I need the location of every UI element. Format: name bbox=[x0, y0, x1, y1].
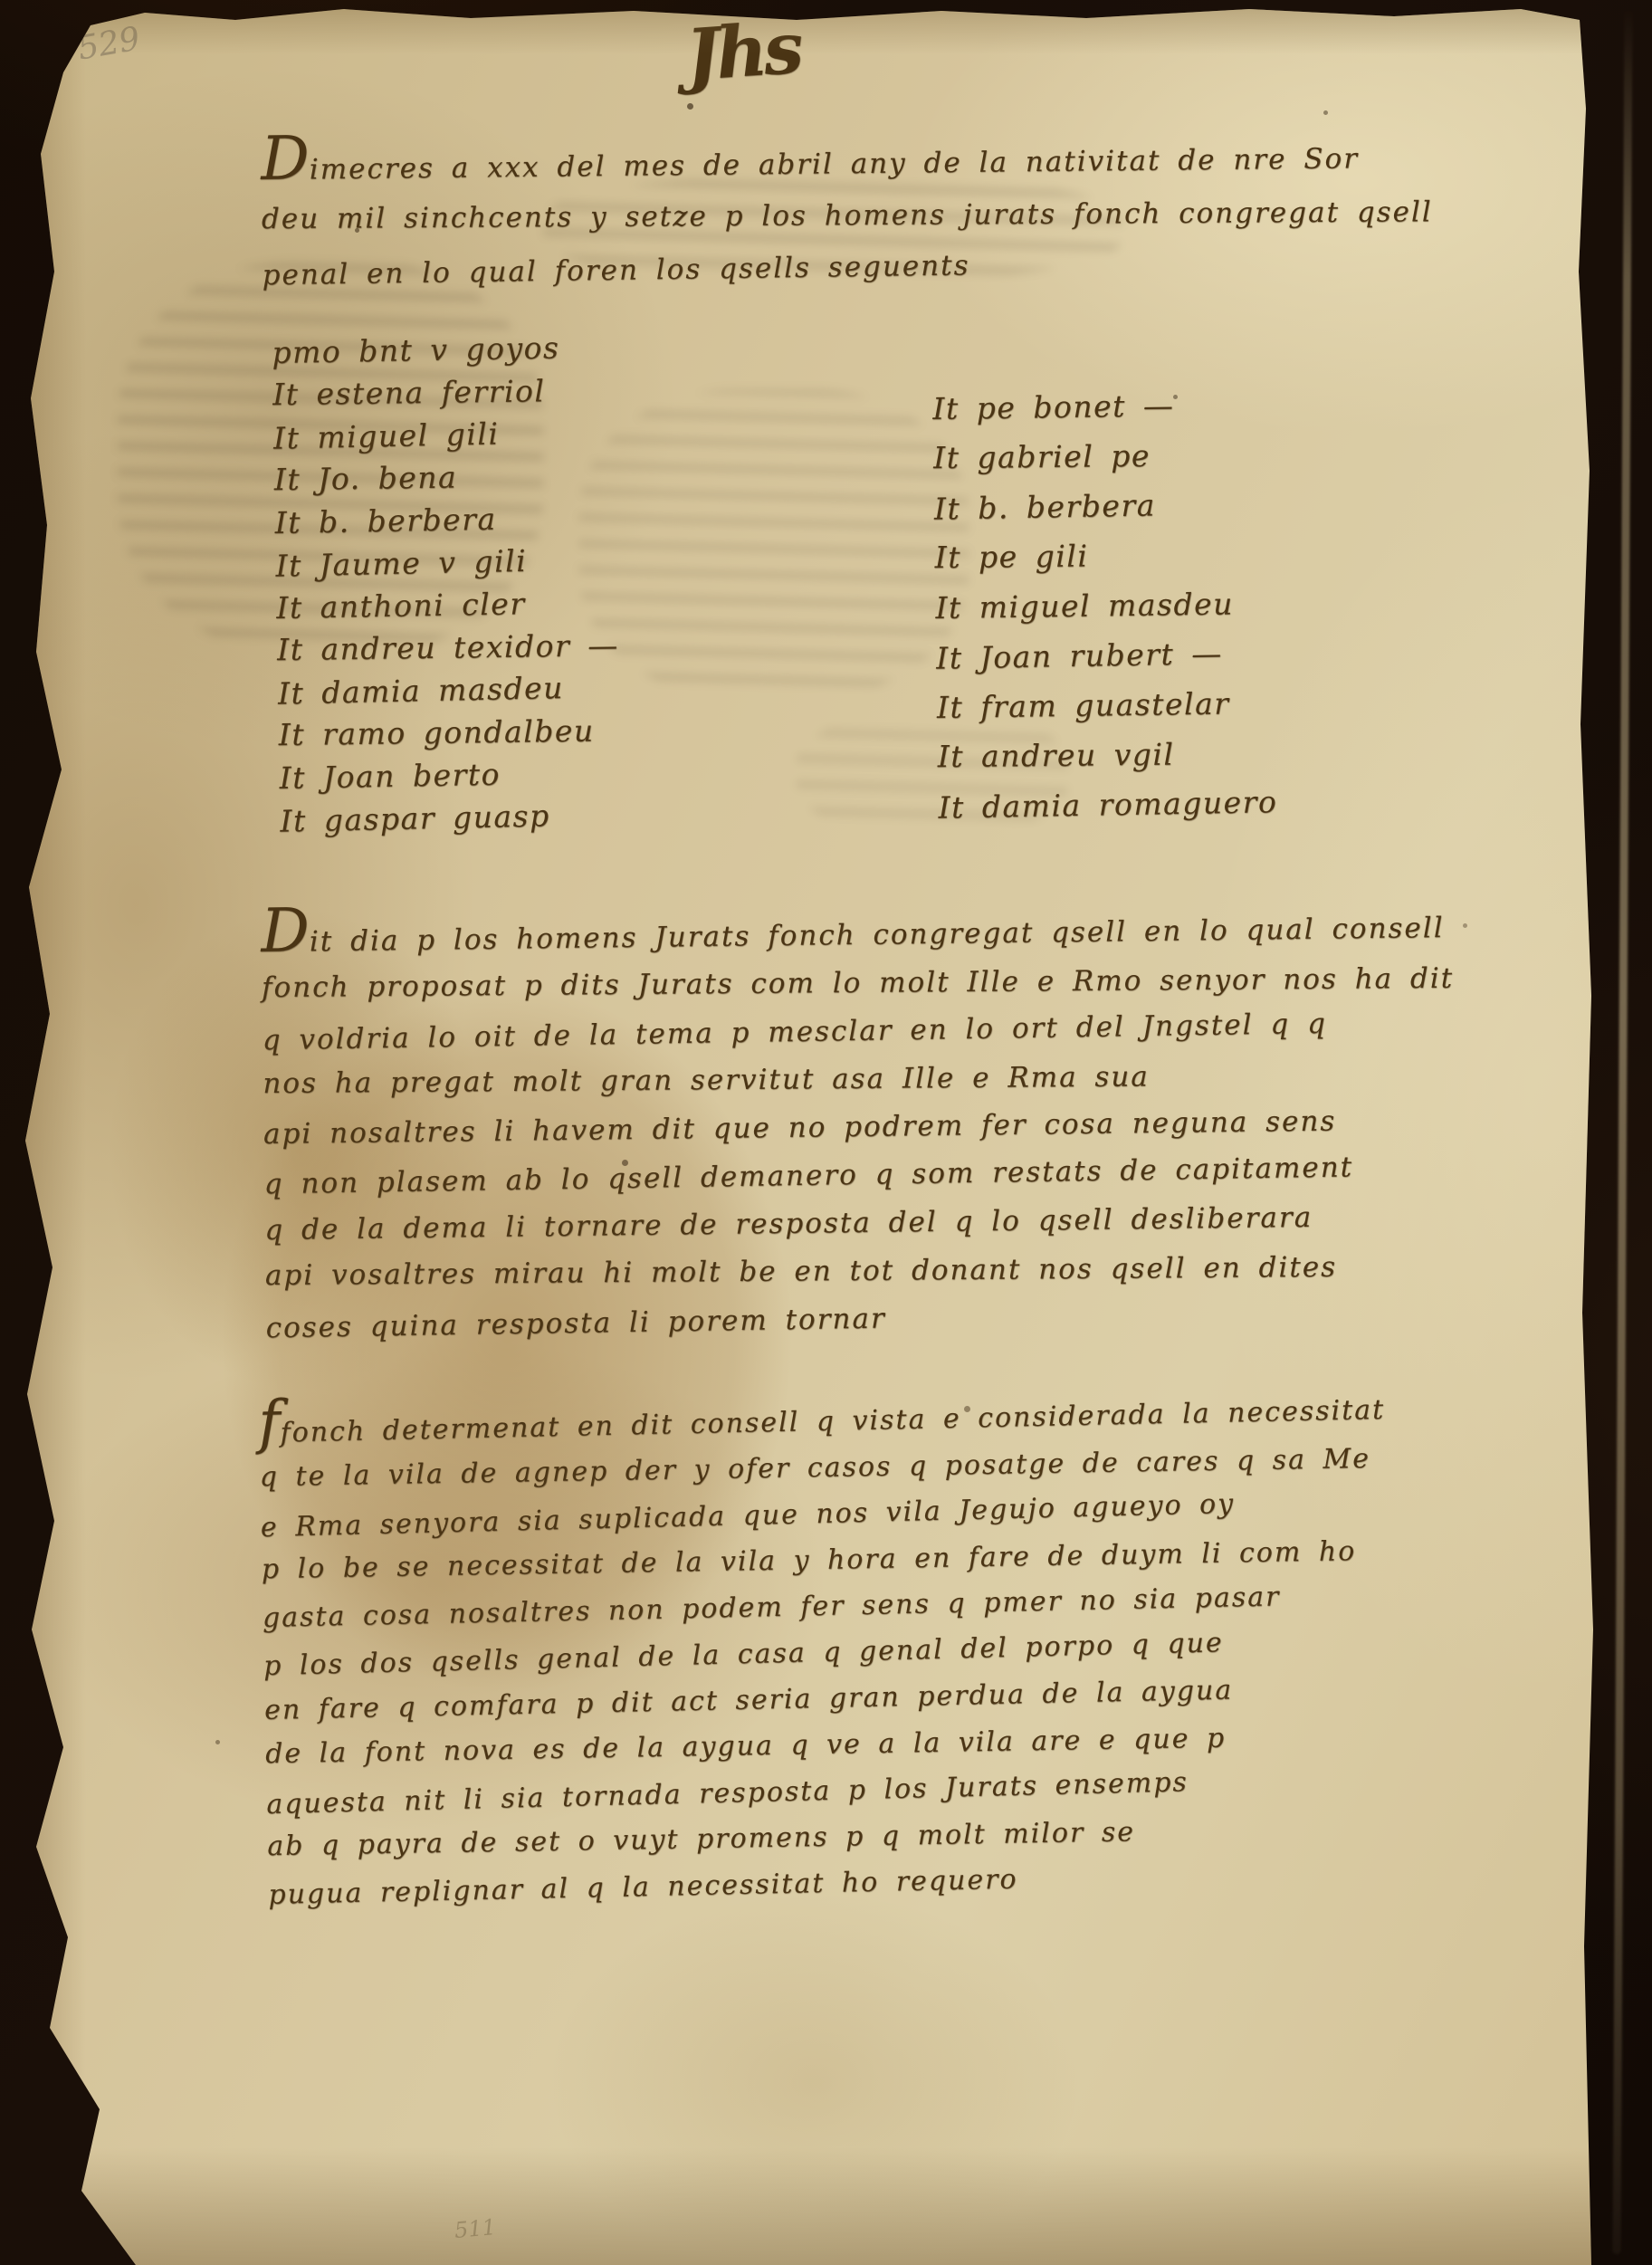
manuscript-line: pugua replignar al q la necessitat ho re… bbox=[268, 1849, 1395, 1918]
verso-show-through bbox=[579, 389, 969, 697]
attendee-item: It gaspar guasp bbox=[280, 793, 623, 843]
attendee-item: It gabriel pe bbox=[933, 430, 1273, 483]
jhs-monogram: Jhs bbox=[683, 7, 803, 98]
attendee-item: It Joan rubert — bbox=[936, 627, 1276, 683]
attendee-item: It miguel gili bbox=[273, 410, 616, 460]
attendee-item: It miguel masdeu bbox=[935, 578, 1275, 633]
manuscript-line: en fare q comfara p dit act seria gran p… bbox=[264, 1664, 1391, 1734]
manuscript-line: p lo be se necessitat de la vila y hora … bbox=[261, 1528, 1388, 1593]
manuscript-line: ab q payra de set o vuyt promens p q mol… bbox=[267, 1805, 1394, 1870]
manuscript-line: q voldria lo oit de la tema p mesclar en… bbox=[262, 999, 1455, 1066]
attendee-item: It ramo gondalbeu bbox=[278, 709, 620, 756]
attendee-item: It anthoni cler bbox=[276, 580, 618, 629]
heading-paragraph: Dimecres a xxx del mes de abril any de l… bbox=[261, 123, 1434, 300]
manuscript-scan: 529 Jhs Dimecres a xxx del mes de abril … bbox=[0, 0, 1652, 2265]
manuscript-line: fonch proposat p dits Jurats com lo molt… bbox=[262, 955, 1455, 1012]
resolution-paragraph: ffonch determenat en dit consell q vista… bbox=[258, 1378, 1395, 1918]
council-paragraph: Dit dia p los homens Jurats fonch congre… bbox=[261, 894, 1458, 1351]
attendee-item: It b. berbera bbox=[274, 495, 616, 544]
manuscript-line: nos ha pregat molt gran servitut asa Ill… bbox=[263, 1051, 1456, 1108]
folio-number: 529 bbox=[75, 20, 143, 67]
attendee-item: pmo bnt v goyos bbox=[272, 325, 614, 374]
verso-show-through bbox=[797, 715, 1068, 833]
manuscript-line: coses quina resposta li porem tornar bbox=[265, 1286, 1458, 1353]
manuscript-line: api vosaltres mirau hi molt be en tot do… bbox=[265, 1243, 1458, 1300]
attendee-item: It andreu texidor — bbox=[277, 624, 619, 671]
verso-show-through bbox=[118, 263, 543, 652]
manuscript-line: e Rma senyora sia suplicada que nos vila… bbox=[260, 1477, 1388, 1551]
manuscript-line: api nosaltres li havem dit que no podrem… bbox=[263, 1096, 1456, 1159]
parchment-page: 529 Jhs Dimecres a xxx del mes de abril … bbox=[0, 0, 1652, 2265]
attendee-list-right: It pe bonet — It gabriel pe It b. berber… bbox=[932, 379, 1278, 832]
attendee-item: It Jo. bena bbox=[274, 454, 616, 501]
attendee-item: It andreu vgil bbox=[937, 729, 1276, 782]
attendee-item: It pe bonet — bbox=[932, 379, 1272, 434]
manuscript-line: q te la vila de agnep der y ofer casos q… bbox=[259, 1436, 1386, 1501]
footer-pencil-mark: 511 bbox=[454, 2214, 497, 2243]
attendee-item: It Jaume v gili bbox=[275, 538, 618, 588]
manuscript-line: p los dos qsells genal de la casa q gena… bbox=[263, 1616, 1391, 1689]
manuscript-line: deu mil sinchcents y setze p los homens … bbox=[262, 186, 1433, 245]
attendee-item: It b. berbera bbox=[933, 478, 1274, 534]
manuscript-line: aquesta nit li sia tornada resposta p lo… bbox=[266, 1754, 1394, 1828]
manuscript-line: ffonch determenat en dit consell q vista… bbox=[258, 1378, 1386, 1457]
ink-flecks bbox=[0, 0, 5, 5]
next-page-edge bbox=[1613, 9, 1633, 2254]
attendee-item: It Joan berto bbox=[279, 750, 621, 799]
attendee-item: It estena ferriol bbox=[272, 368, 615, 416]
attendee-item: It fram guastelar bbox=[937, 678, 1276, 732]
manuscript-line: de la font nova es de la aygua q ve a la… bbox=[265, 1713, 1392, 1778]
attendee-item: It pe gili bbox=[934, 530, 1274, 583]
manuscript-line: Dit dia p los homens Jurats fonch congre… bbox=[261, 894, 1454, 967]
manuscript-line: q non plasem ab lo qsell demanero q som … bbox=[263, 1142, 1456, 1209]
manuscript-line: Dimecres a xxx del mes de abril any de l… bbox=[261, 123, 1432, 196]
verso-show-through bbox=[543, 177, 1122, 281]
attendee-item: It damia masdeu bbox=[277, 665, 620, 715]
manuscript-line: penal en lo qual foren los qsells seguen… bbox=[262, 234, 1433, 301]
attendee-list-left: pmo bnt v goyos It estena ferriol It mig… bbox=[272, 325, 622, 842]
manuscript-line: gasta cosa nosaltres non podem fer sens … bbox=[262, 1572, 1389, 1641]
manuscript-line: q de la dema li tornare de resposta del … bbox=[264, 1192, 1457, 1255]
attendee-item: It damia romaguero bbox=[938, 777, 1278, 833]
